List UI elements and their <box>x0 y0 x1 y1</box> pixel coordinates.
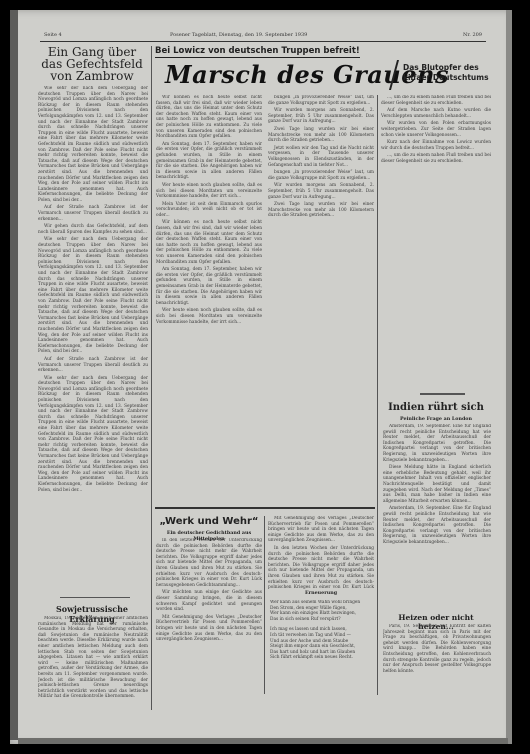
india-article-body: Amsterdam, 19. September. Eine für Engla… <box>383 424 491 610</box>
paragraph: Auf der Straße nach Zambrow ist der Vorm… <box>38 357 148 374</box>
paragraph: ..., um die zu einem nahen Fluß treiben … <box>381 153 491 164</box>
paragraph: Wir wurden morgens am Sonnabend, 2. Sept… <box>268 183 374 200</box>
poem-line: Wer kann aus seinem Wahn wohl bringen <box>270 600 374 606</box>
main-article-kicker: Bei Lowicz von deutschen Truppen befreit… <box>155 46 360 58</box>
poem-line: Sich führt erkämpft sein neues Recht. <box>270 655 374 661</box>
issue-number: Nr. 209 <box>463 32 482 38</box>
section-divider <box>155 507 375 509</box>
page-binding-shadow <box>10 10 18 740</box>
paragraph: Wie sehr der nach dem Uebergang der deut… <box>38 237 148 354</box>
paragraph: Wer heute einen noch glauben sollte, daß… <box>156 183 262 200</box>
column-rule <box>377 95 378 695</box>
running-head: Seite 4 Posener Tageblatt, Dienstag, den… <box>40 31 486 42</box>
soviet-article-body: Moskau, 19. September. Nach einer amtlic… <box>38 616 148 710</box>
poem-body: Wer kann aus seinem Wahn wohl bringen De… <box>270 600 374 710</box>
paragraph: Mein Vater ist seit dem Einmarsch spurlo… <box>156 202 262 219</box>
page-edge-bottom <box>18 738 508 744</box>
separator <box>60 597 130 598</box>
paragraph: Wir wurden morgens am Sonnabend, 2. Sept… <box>268 108 374 125</box>
paragraph: Auf der Straße nach Zambrow ist der Vorm… <box>38 205 148 222</box>
paragraph: Wir wurden von den Polen erbarmungslos w… <box>381 121 491 138</box>
paragraph: Jetzt wollen wir den Tag und die Nacht n… <box>268 146 374 168</box>
heating-article-body: Paris, 19. September. Mit Eintritt der k… <box>383 624 491 710</box>
page-edge-right <box>506 10 512 744</box>
paragraph: ..., um die zu einem nahen Fluß treiben … <box>381 95 491 106</box>
paragraph: Mit Genehmigung des Verlages „Deutscher … <box>156 615 262 643</box>
paragraph: In den letzten Wochen der Unterdrückung … <box>156 538 262 588</box>
paragraph: In den letzten Wochen der Unterdrückung … <box>268 546 374 590</box>
page-number: Seite 4 <box>44 32 62 38</box>
paragraph: bungen „in provozierender Weise“ laut, u… <box>268 170 374 181</box>
paragraph: Diese Meldung hätte in England sicherlic… <box>383 465 491 504</box>
column-rule <box>151 46 152 710</box>
paragraph: Wie sehr der nach dem Uebergang der deut… <box>38 376 148 493</box>
main-article-col2: bungen „in provozierender Weise“ laut, u… <box>268 95 374 493</box>
paragraph: Am Sonntag, dem 17. September, haben wir… <box>156 267 262 306</box>
paragraph: Wir möchten nun einige der Gedichte aus … <box>156 590 262 612</box>
paragraph: Wie sehr der nach dem Uebergang der deut… <box>38 86 148 203</box>
poem-title: Erneuerung <box>268 590 374 596</box>
paragraph: bungen „in provozierender Weise“ laut, u… <box>268 95 374 106</box>
paragraph: Wir können es noch heute selbst nicht fa… <box>156 220 262 265</box>
paragraph: Moskau, 19. September. Nach einer amtlic… <box>38 616 148 700</box>
paragraph: Wir können es noch heute selbst nicht fa… <box>156 95 262 140</box>
paragraph: Mit Genehmigung des Verlages „Deutscher … <box>268 516 374 544</box>
main-article-col3: ..., um die zu einem nahen Fluß treiben … <box>381 95 491 383</box>
paragraph: Amsterdam, 19. September. Eine für Engla… <box>383 506 491 545</box>
paragraph: Wir gehen durch das Gefechtsfeld, auf de… <box>38 224 148 235</box>
werk-article-headline: „Werk und Wehr“ <box>154 516 264 527</box>
separator <box>420 393 465 395</box>
column-rule <box>264 516 265 694</box>
india-article-subheadline: Peinliche Frage an London <box>381 416 491 422</box>
paragraph: Zwei Tage lang wurden wir bei einer Mars… <box>268 127 374 144</box>
main-article-subheadline: Das Blutopfer des kilfaer Deutschtums <box>403 63 493 83</box>
india-article-headline: Indien rührt sich <box>381 402 491 413</box>
masthead-line: Posener Tageblatt, Dienstag, den 19. Sep… <box>170 32 307 38</box>
paragraph: Amsterdam, 19. September. Eine für Engla… <box>383 424 491 463</box>
left-article-headline: Ein Gang über das Gefechtsfeld von Zambr… <box>36 46 148 82</box>
paragraph: Zwei Tage lang wurden wir bei einer Mars… <box>268 202 374 219</box>
werk-article-body-cont: Mit Genehmigung des Verlages „Deutscher … <box>268 516 374 590</box>
main-article-col1: Wir können es noch heute selbst nicht fa… <box>156 95 262 493</box>
paragraph: Paris, 19. September. Mit Eintritt der k… <box>383 624 491 674</box>
werk-article-body: In den letzten Wochen der Unterdrückung … <box>156 538 262 710</box>
paragraph: Auf dem Marsche nach Kutno wurden die Ve… <box>381 108 491 119</box>
paragraph: Kurz nach der Einnahme von Lowicz wurden… <box>381 140 491 151</box>
paragraph: Wer heute einen noch glauben sollte, daß… <box>156 308 262 325</box>
left-article-body: Wie sehr der nach dem Uebergang der deut… <box>38 86 148 594</box>
paragraph: Am Sonntag, dem 17. September, haben wir… <box>156 142 262 181</box>
